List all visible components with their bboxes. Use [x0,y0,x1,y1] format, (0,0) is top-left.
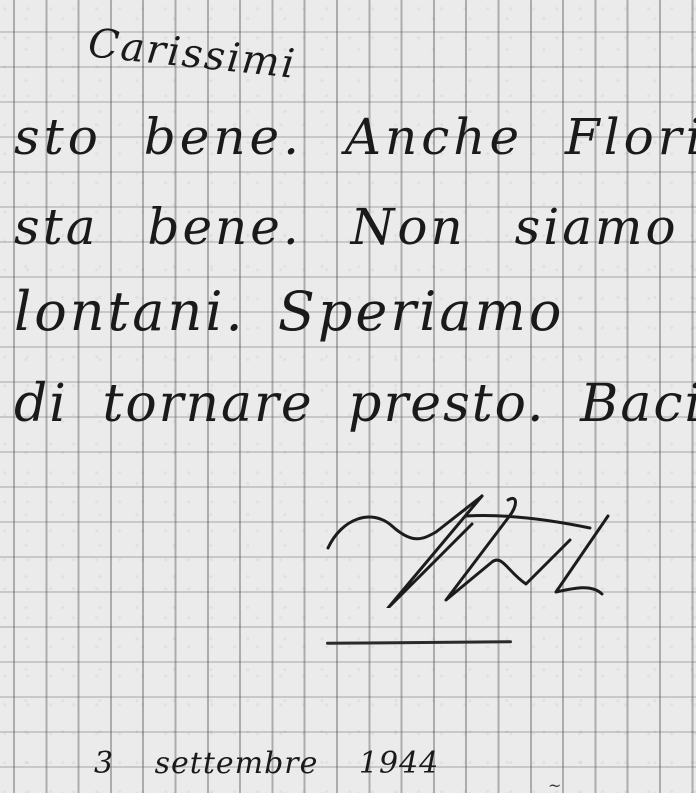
letter-page: Carissimi sto bene. Anche Flori sta bene… [0,0,696,793]
signature-flourish-icon [312,488,612,608]
signature: Vittorio [312,488,612,608]
body-line-2: sta bene. Non siamo [14,198,679,256]
body-line-4: di tornare presto. Baci [14,374,696,434]
date: 3 settembre 1944 [94,746,439,781]
greeting: Carissimi [86,20,299,88]
stray-ink-mark: ~ [548,776,561,793]
body-line-3: lontani. Speriamo [14,280,564,343]
signature-underline [326,640,512,645]
body-line-1: sto bene. Anche Flori [14,108,696,166]
